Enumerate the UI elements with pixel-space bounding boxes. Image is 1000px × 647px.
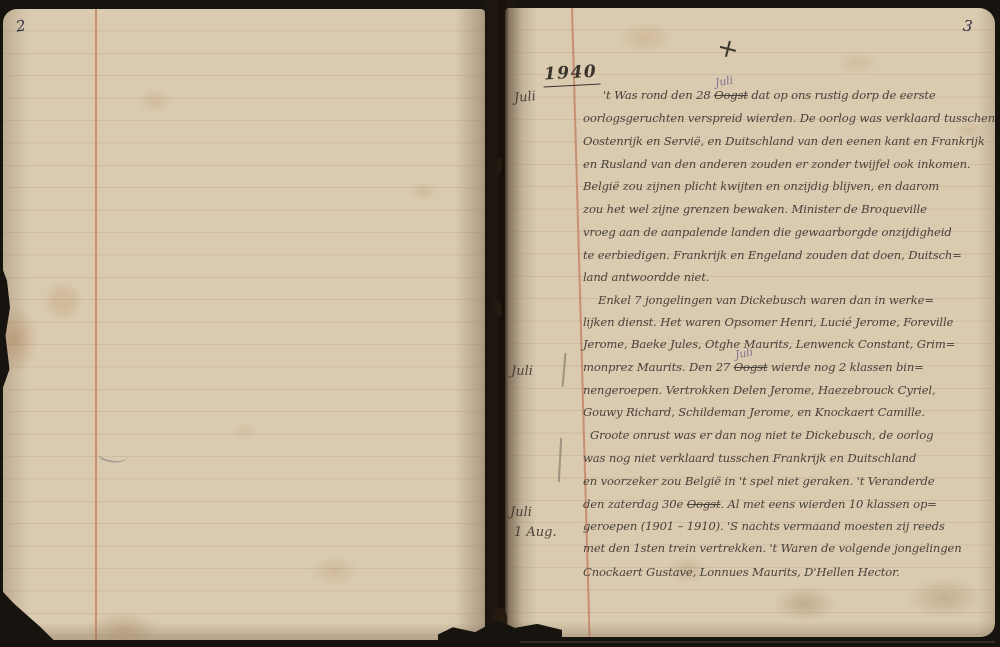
handwriting-line: en voorzeker zou België in 't spel niet … bbox=[583, 474, 991, 488]
page-number-right: 3 bbox=[962, 17, 973, 36]
handwriting-line: te eerbiedigen. Frankrijk en Engeland zo… bbox=[583, 248, 991, 262]
struck-word: Oogst bbox=[687, 497, 721, 511]
handwriting-line: den zaterdag 30e Oogst. Al met eens wier… bbox=[583, 497, 991, 511]
handwriting-line: Jerome, Baeke Jules, Otghe Maurits, Lenw… bbox=[583, 337, 991, 351]
handwriting-line: Gouwy Richard, Schildeman Jerome, en Kno… bbox=[583, 405, 991, 419]
year-heading: 1940 bbox=[542, 62, 600, 88]
cross-mark: + bbox=[714, 32, 742, 66]
red-margin-line-left bbox=[95, 9, 97, 640]
handwriting-line: België zou zijnen plicht kwijten en onzi… bbox=[583, 179, 991, 193]
line-text: den zaterdag 30e bbox=[583, 497, 687, 511]
handwriting-line: was nog niet verklaard tusschen Frankrij… bbox=[583, 451, 991, 465]
notebook-left-page: 2 bbox=[3, 9, 485, 640]
handwriting-line: monprez Maurits. Den 27 OogstJuli wierde… bbox=[583, 360, 991, 374]
handwriting-line: geroepen (1901 – 1910). 'S nachts vermaa… bbox=[583, 519, 991, 533]
line-text: wierde nog 2 klassen bin= bbox=[767, 360, 923, 374]
handwriting-line: en Rusland van den anderen zouden er zon… bbox=[583, 157, 991, 171]
line-text: . Al met eens wierden 10 klassen op= bbox=[720, 497, 936, 511]
margin-stroke-mark bbox=[562, 353, 566, 387]
handwriting-line: nengeroepen. Vertrokken Delen Jerome, Ha… bbox=[583, 383, 991, 397]
struck-word: OogstJuli bbox=[714, 88, 748, 102]
notebook-right-page: 3 + 1940 Juli Juli Juli 1 Aug. 't Was ro… bbox=[505, 8, 995, 637]
handwriting-line: vroeg aan de aanpalende landen die gewaa… bbox=[583, 225, 991, 239]
page-number-left: 2 bbox=[15, 16, 27, 35]
line-text: dat op ons rustig dorp de eerste bbox=[748, 88, 936, 102]
notebook-scan: 2 3 + 1940 Juli Juli Juli 1 Aug. 't Was … bbox=[0, 0, 1000, 647]
handwriting-line: met den 1sten trein vertrekken. 't Waren… bbox=[583, 541, 991, 555]
struck-word: OogstJuli bbox=[734, 360, 768, 374]
handwriting-line: Enkel 7 jongelingen van Dickebusch waren… bbox=[583, 293, 1000, 307]
handwriting-line: Cnockaert Gustave, Lonnues Maurits, D'He… bbox=[583, 565, 991, 579]
line-text: 't Was rond den 28 bbox=[603, 88, 714, 102]
handwriting-line: 't Was rond den 28 OogstJuli dat op ons … bbox=[583, 88, 1000, 102]
handwriting-line: Groote onrust was er dan nog niet te Dic… bbox=[583, 428, 998, 442]
pencil-stroke-mark bbox=[98, 445, 129, 466]
handwriting-line: land antwoordde niet. bbox=[583, 270, 991, 284]
handwriting-line: Oostenrijk en Servië, en Duitschland van… bbox=[583, 134, 991, 148]
page-stack-edge bbox=[520, 641, 995, 643]
margin-stroke-mark bbox=[558, 438, 562, 482]
line-text: monprez Maurits. Den 27 bbox=[583, 360, 734, 374]
gutter-binding bbox=[482, 0, 522, 647]
handwriting-line: oorlogsgeruchten verspreid wierden. De o… bbox=[583, 111, 991, 125]
handwriting-line: zou het wel zijne grenzen bewaken. Minis… bbox=[583, 202, 991, 216]
handwriting-line: lijken dienst. Het waren Opsomer Henri, … bbox=[583, 315, 991, 329]
